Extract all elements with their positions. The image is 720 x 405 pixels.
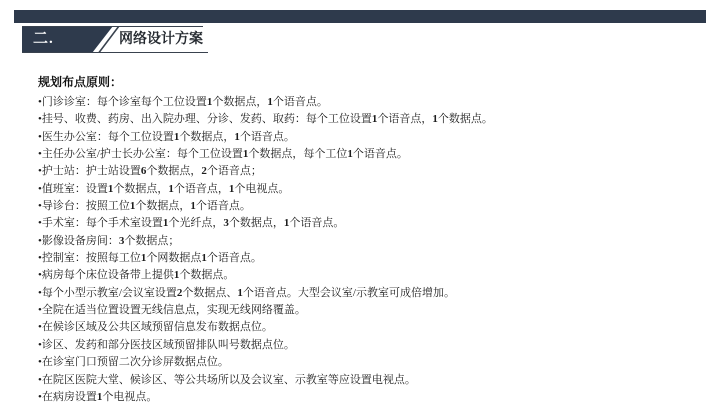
section-number-label: 二. — [33, 31, 54, 47]
page-title: 规划布点原则： — [38, 73, 122, 90]
list-item: •值班室：设置1个数据点，1个语音点，1个电视点。 — [38, 181, 493, 198]
top-accent-bar — [14, 10, 706, 23]
list-item: •挂号、收费、药房、出入院办理、分诊、发药、取药：每个工位设置1个语音点，1个数… — [38, 111, 493, 128]
list-item: •控制室：按照每工位1个网数据点1个语音点。 — [38, 250, 493, 267]
banner-bottom-line — [22, 52, 208, 53]
list-item: •在病房设置1个电视点。 — [38, 389, 493, 405]
list-item: •在诊室门口预留二次分诊屏数据点位。 — [38, 354, 493, 371]
list-item: •主任办公室/护士长办公室：每个工位设置1个数据点，每个工位1个语音点。 — [38, 146, 493, 163]
list-item: •门诊诊室：每个诊室每个工位设置1个数据点，1个语音点。 — [38, 94, 493, 111]
list-item: •诊区、发药和部分医技区域预留排队叫号数据点位。 — [38, 337, 493, 354]
list-item: •护士站：护士站设置6个数据点，2个语音点； — [38, 163, 493, 180]
list-item: •导诊台：按照工位1个数据点，1个语音点。 — [38, 198, 493, 215]
list-item: •病房每个床位设备带上提供1个数据点。 — [38, 267, 493, 284]
list-item: •手术室：每个手术室设置1个光纤点，3个数据点，1个语音点。 — [38, 215, 493, 232]
section-title: 网络设计方案 — [119, 27, 203, 52]
list-item: •在院区医院大堂、候诊区、等公共场所以及会议室、示教室等应设置电视点。 — [38, 372, 493, 389]
list-item: •每个小型示教室/会议室设置2个数据点、1个语音点。大型会议室/示教室可成倍增加… — [38, 285, 493, 302]
list-item: •在候诊区域及公共区域预留信息发布数据点位。 — [38, 319, 493, 336]
list-item: •影像设备房间：3个数据点； — [38, 233, 493, 250]
list-item: •全院在适当位置设置无线信息点，实现无线网络覆盖。 — [38, 302, 493, 319]
bullet-list: •门诊诊室：每个诊室每个工位设置1个数据点，1个语音点。•挂号、收费、药房、出入… — [38, 94, 493, 405]
list-item: •医生办公室：每个工位设置1个数据点，1个语音点。 — [38, 129, 493, 146]
